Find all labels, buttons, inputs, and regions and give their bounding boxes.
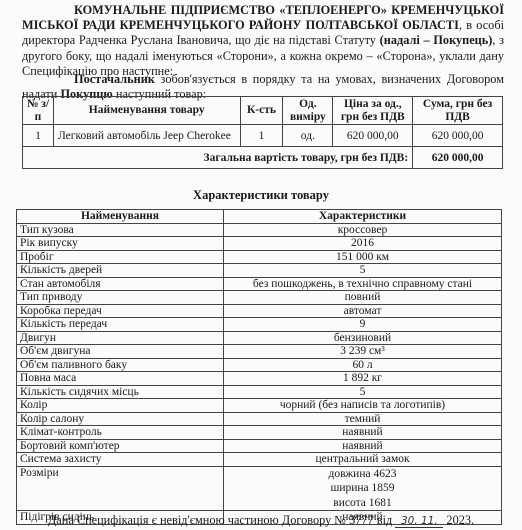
spec-name: Клімат-контроль xyxy=(17,426,224,440)
spec-value: 5 xyxy=(224,264,502,278)
total-value: 620 000,00 xyxy=(413,147,503,169)
goods-table-header: № з/п Найменування товару К-сть Од. вимі… xyxy=(23,97,503,125)
spec-name: Розміри xyxy=(17,466,224,511)
cell-number: 1 xyxy=(23,125,54,147)
cell-unit: од. xyxy=(283,125,333,147)
spec-name: Тип приводу xyxy=(17,291,224,305)
footer-note: Дана Специфікація є невід'ємною частиною… xyxy=(0,513,522,528)
spec-name: Рік випуску xyxy=(17,237,224,251)
spec-value: 9 xyxy=(224,318,502,332)
table-row: Бортовий комп'ютернаявний xyxy=(17,439,502,453)
spec-value: 2016 xyxy=(224,237,502,251)
table-row: Пробіг151 000 км xyxy=(17,250,502,264)
cell-unit-price: 620 000,00 xyxy=(333,125,413,147)
spec-name: Об'єм паливного баку xyxy=(17,358,224,372)
goods-table: № з/п Найменування товару К-сть Од. вимі… xyxy=(22,96,503,169)
spec-name: Колір салону xyxy=(17,412,224,426)
col-quantity: К-сть xyxy=(240,97,283,125)
handwritten-date: 30. 11. xyxy=(395,515,443,528)
spec-name: Система захисту xyxy=(17,453,224,467)
table-row: Тип приводуповний xyxy=(17,291,502,305)
spec-name: Стан автомобіля xyxy=(17,277,224,291)
spec-name: Двигун xyxy=(17,331,224,345)
spec-name: Колір xyxy=(17,399,224,413)
spec-value: 3 239 см³ xyxy=(224,345,502,359)
table-row: Повна маса1 892 кг xyxy=(17,372,502,386)
table-row: Колір салонутемний xyxy=(17,412,502,426)
footer-text: Дана Специфікація є невід'ємною частиною… xyxy=(48,513,395,527)
specs-table-header: Найменування Характеристики xyxy=(17,210,502,224)
col-product-name: Найменування товару xyxy=(53,97,240,125)
cell-product-name: Легковий автомобіль Jeep Cherokee xyxy=(53,125,240,147)
supplier-label: Постачальник xyxy=(74,72,155,86)
table-row: Кількість сидячих місць5 xyxy=(17,385,502,399)
col-sum: Сума, грн без ПДВ xyxy=(413,97,503,125)
dimension-line: висота 1681 xyxy=(227,496,498,511)
table-row: Рік випуску2016 xyxy=(17,237,502,251)
table-row: Клімат-контрольнаявний xyxy=(17,426,502,440)
spec-name: Кількість дверей xyxy=(17,264,224,278)
cell-quantity: 1 xyxy=(240,125,283,147)
spec-name: Об'єм двигуна xyxy=(17,345,224,359)
spec-value: чорний (без написів та логотипів) xyxy=(224,399,502,413)
spec-value: 5 xyxy=(224,385,502,399)
table-row: Об'єм двигуна3 239 см³ xyxy=(17,345,502,359)
total-label: Загальна вартість товару, грн без ПДВ: xyxy=(23,147,413,169)
spec-value: 151 000 км xyxy=(224,250,502,264)
intro-paragraph: КОМУНАЛЬНЕ ПІДПРИЄМСТВО «ТЕПЛОЕНЕРГО» КР… xyxy=(22,3,504,79)
spec-name: Кількість передач xyxy=(17,318,224,332)
col-spec-value: Характеристики xyxy=(224,210,502,224)
col-spec-name: Найменування xyxy=(17,210,224,224)
spec-name: Кількість сидячих місць xyxy=(17,385,224,399)
table-row: Розміридовжина 4623ширина 1859висота 168… xyxy=(17,466,502,511)
table-row: Система захистуцентральний замок xyxy=(17,453,502,467)
spec-value: наявний xyxy=(224,426,502,440)
footer-year: 2023. xyxy=(443,513,474,527)
specs-title: Характеристики товару xyxy=(0,188,522,203)
table-row: Двигунбензиновий xyxy=(17,331,502,345)
spec-value: без пошкоджень, в технічно справному ста… xyxy=(224,277,502,291)
spec-name: Коробка передач xyxy=(17,304,224,318)
specs-table: Найменування Характеристики Тип кузовакр… xyxy=(16,209,502,525)
cell-sum: 620 000,00 xyxy=(413,125,503,147)
total-row: Загальна вартість товару, грн без ПДВ: 6… xyxy=(23,147,503,169)
col-unit-price: Ціна за од., грн без ПДВ xyxy=(333,97,413,125)
table-row: 1 Легковий автомобіль Jeep Cherokee 1 од… xyxy=(23,125,503,147)
spec-value: темний xyxy=(224,412,502,426)
table-row: Тип кузовакроссовер xyxy=(17,223,502,237)
organization-name: КОМУНАЛЬНЕ ПІДПРИЄМСТВО «ТЕПЛОЕНЕРГО» КР… xyxy=(22,3,504,32)
col-unit: Од. виміру xyxy=(283,97,333,125)
spec-value: кроссовер xyxy=(224,223,502,237)
dimension-line: довжина 4623 xyxy=(227,467,498,482)
table-row: Коробка передачавтомат xyxy=(17,304,502,318)
spec-value: 60 л xyxy=(224,358,502,372)
spec-value: довжина 4623ширина 1859висота 1681 xyxy=(224,466,502,511)
spec-value: автомат xyxy=(224,304,502,318)
buyer-definition: (надалі – Покупець) xyxy=(380,33,493,47)
spec-value: бензиновий xyxy=(224,331,502,345)
spec-name: Пробіг xyxy=(17,250,224,264)
table-row: Стан автомобілябез пошкоджень, в технічн… xyxy=(17,277,502,291)
table-row: Кількість дверей5 xyxy=(17,264,502,278)
table-row: Колірчорний (без написів та логотипів) xyxy=(17,399,502,413)
spec-value: 1 892 кг xyxy=(224,372,502,386)
spec-name: Повна маса xyxy=(17,372,224,386)
spec-name: Тип кузова xyxy=(17,223,224,237)
dimension-line: ширина 1859 xyxy=(227,481,498,496)
col-number: № з/п xyxy=(23,97,54,125)
spec-name: Бортовий комп'ютер xyxy=(17,439,224,453)
table-row: Об'єм паливного баку60 л xyxy=(17,358,502,372)
spec-value: центральний замок xyxy=(224,453,502,467)
spec-value: повний xyxy=(224,291,502,305)
table-row: Кількість передач9 xyxy=(17,318,502,332)
spec-value: наявний xyxy=(224,439,502,453)
